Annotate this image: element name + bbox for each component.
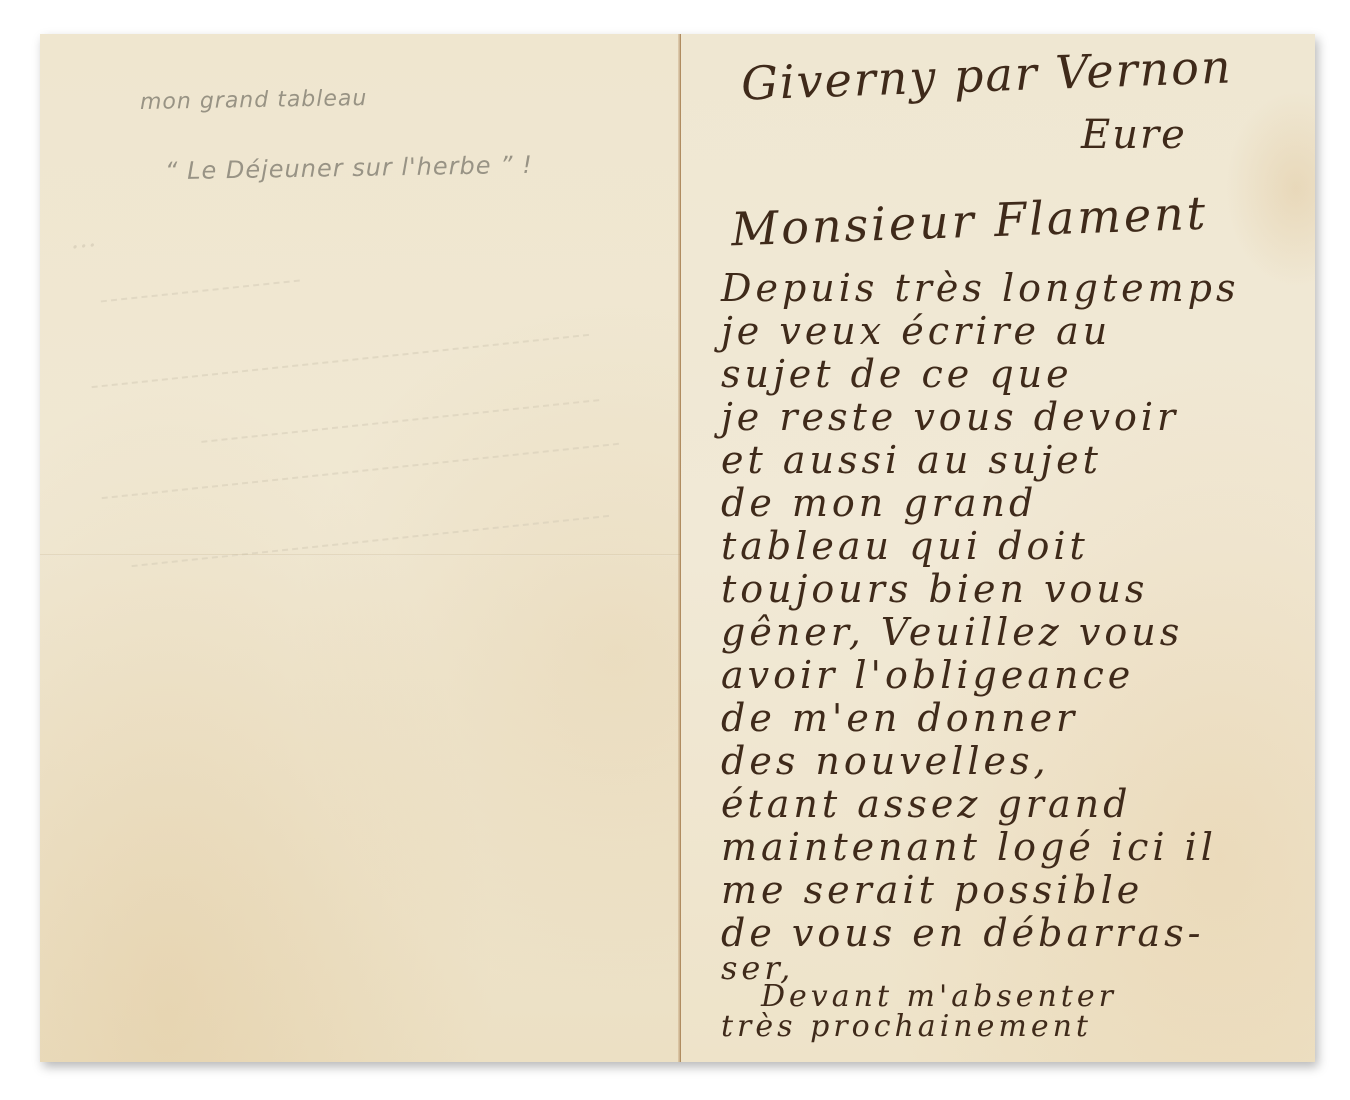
salutation: Monsieur Flament	[730, 186, 1209, 257]
right-page: Giverny par Vernon Eure Monsieur Flament…	[681, 34, 1315, 1062]
body-line: de m'en donner	[721, 696, 1078, 740]
body-line: je veux écrire au	[721, 309, 1111, 353]
horizontal-fold	[40, 554, 680, 556]
letter: mon grand tableau “ Le Déjeuner sur l'he…	[40, 34, 1315, 1062]
body-line: Depuis très longtemps	[721, 266, 1239, 310]
body-line: maintenant logé ici il	[721, 825, 1217, 869]
body-line: tableau qui doit	[721, 524, 1089, 568]
body-line: avoir l'obligeance	[721, 653, 1134, 697]
bleed-through-mark	[100, 274, 300, 303]
bleed-through-mark	[131, 509, 609, 567]
body-line: et aussi au sujet	[721, 438, 1102, 482]
body-line: étant assez grand	[721, 782, 1131, 826]
body-line: des nouvelles,	[721, 739, 1050, 783]
bleed-through-text: …	[69, 222, 104, 255]
bleed-through-mark	[91, 328, 589, 388]
bleed-through-mark	[201, 393, 600, 443]
letter-department: Eure	[1081, 112, 1187, 158]
body-line: sujet de ce que	[721, 352, 1073, 396]
body-line: je reste vous devoir	[721, 395, 1179, 439]
body-line: toujours bien vous	[721, 567, 1148, 611]
body-line: de mon grand	[721, 481, 1037, 525]
letter-place: Giverny par Vernon	[740, 39, 1233, 110]
body-line: me serait possible	[721, 868, 1143, 912]
bleed-through-mark	[101, 437, 619, 499]
body-line: gêner, Veuillez vous	[721, 610, 1183, 654]
body-line: ser,	[721, 949, 794, 987]
left-page: mon grand tableau “ Le Déjeuner sur l'he…	[40, 34, 681, 1062]
pencil-note-line-2: “ Le Déjeuner sur l'herbe ” !	[165, 151, 533, 185]
pencil-note-line-1: mon grand tableau	[140, 86, 368, 115]
